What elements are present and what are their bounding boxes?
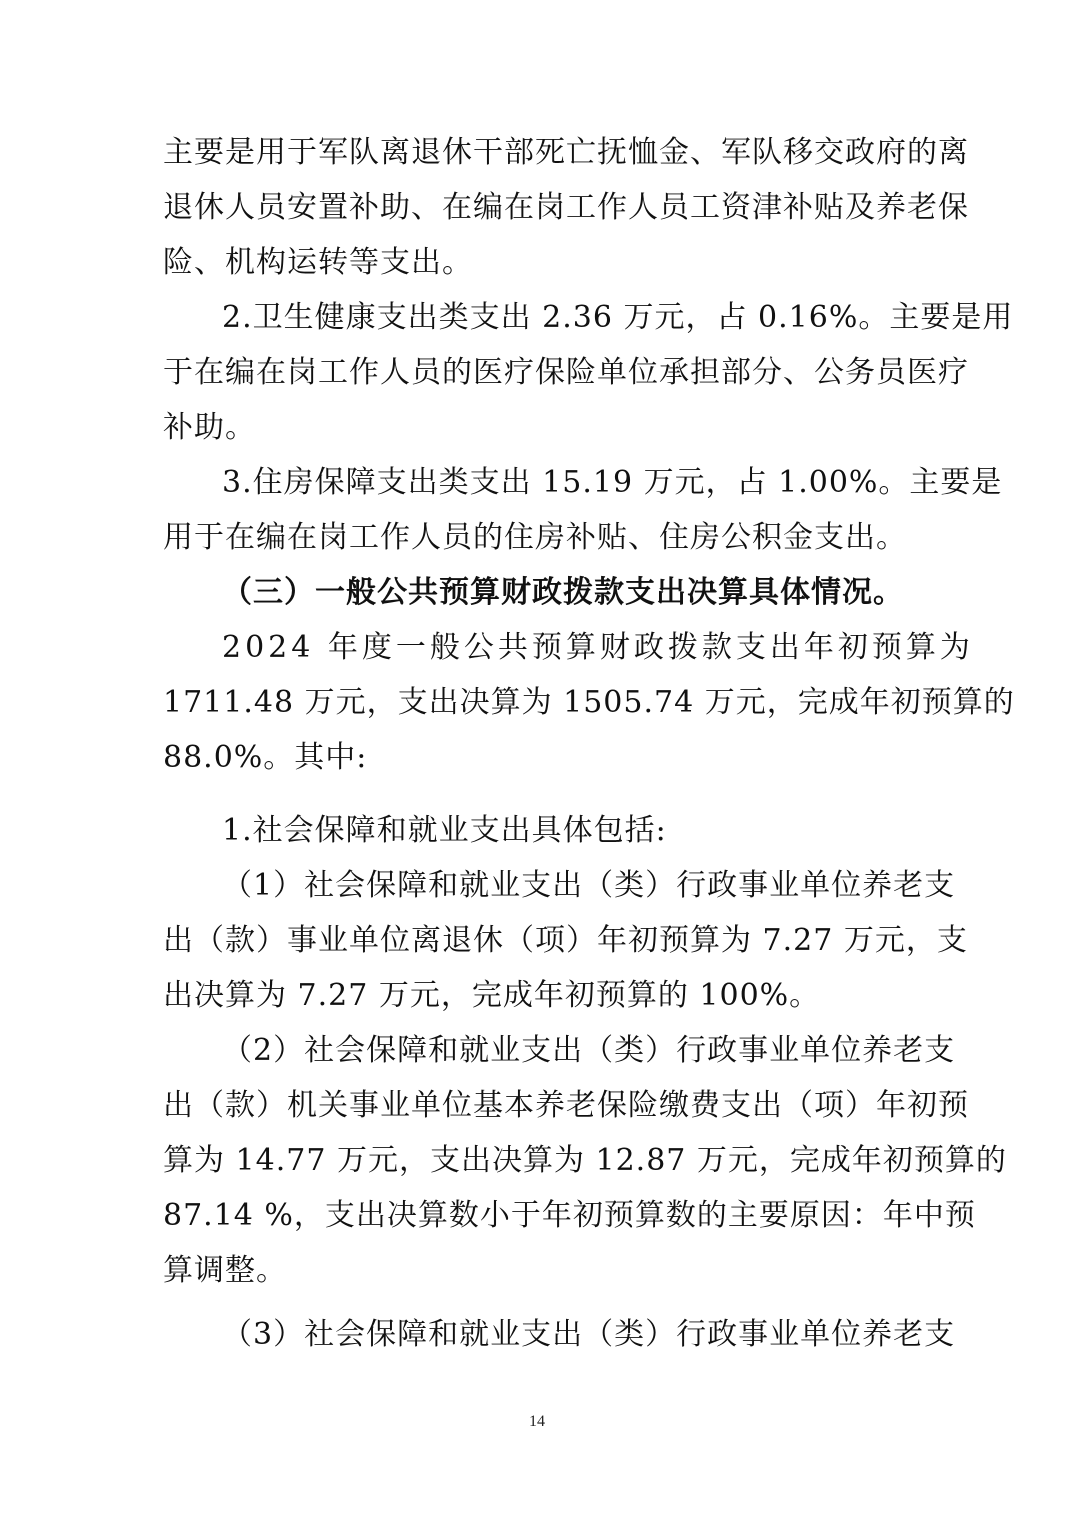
paragraph-line: 出决算为 7.27 万元，完成年初预算的 100%。 [163,974,913,1018]
paragraph-line: 出（款）事业单位离退休（项）年初预算为 7.27 万元，支 [163,919,913,963]
subsection-title: 1.社会保障和就业支出具体包括: [222,809,913,853]
paragraph-line: 出（款）机关事业单位基本养老保险缴费支出（项）年初预 [163,1084,913,1128]
paragraph-line: 用于在编在岗工作人员的住房补贴、住房公积金支出。 [163,516,913,560]
paragraph-line: 88.0%。其中: [163,736,913,780]
paragraph-line: 主要是用于军队离退休干部死亡抚恤金、军队移交政府的离 [163,131,913,175]
document-page: 主要是用于军队离退休干部死亡抚恤金、军队移交政府的离 退休人员安置补助、在编在岗… [0,0,1074,1520]
paragraph-line: 算为 14.77 万元，支出决算为 12.87 万元，完成年初预算的 [163,1139,913,1183]
section-heading: （三）一般公共预算财政拨款支出决算具体情况。 [222,571,842,615]
paragraph-line: 于在编在岗工作人员的医疗保险单位承担部分、公务员医疗 [163,351,913,395]
paragraph-line: 险、机构运转等支出。 [163,241,913,285]
paragraph-line: 87.14 %，支出决算数小于年初预算数的主要原因：年中预 [163,1194,913,1238]
paragraph-line: 算调整。 [163,1249,913,1293]
paragraph-line-budget-summary: 2024 年度一般公共预算财政拨款支出年初预算为 [222,626,913,670]
paragraph-line: 退休人员安置补助、在编在岗工作人员工资津补贴及养老保 [163,186,913,230]
paragraph-line: 1711.48 万元，支出决算为 1505.74 万元，完成年初预算的 [163,681,913,725]
paragraph-line-item-2: （2）社会保障和就业支出（类）行政事业单位养老支 [222,1029,913,1073]
paragraph-line-housing-expenditure: 3.住房保障支出类支出 15.19 万元，占 1.00%。主要是 [222,461,913,505]
paragraph-line-health-expenditure: 2.卫生健康支出类支出 2.36 万元，占 0.16%。主要是用 [222,296,913,340]
paragraph-line-item-1: （1）社会保障和就业支出（类）行政事业单位养老支 [222,864,913,908]
paragraph-line-item-3: （3）社会保障和就业支出（类）行政事业单位养老支 [222,1313,913,1357]
page-number: 14 [0,1410,1074,1434]
paragraph-line: 补助。 [163,406,913,450]
